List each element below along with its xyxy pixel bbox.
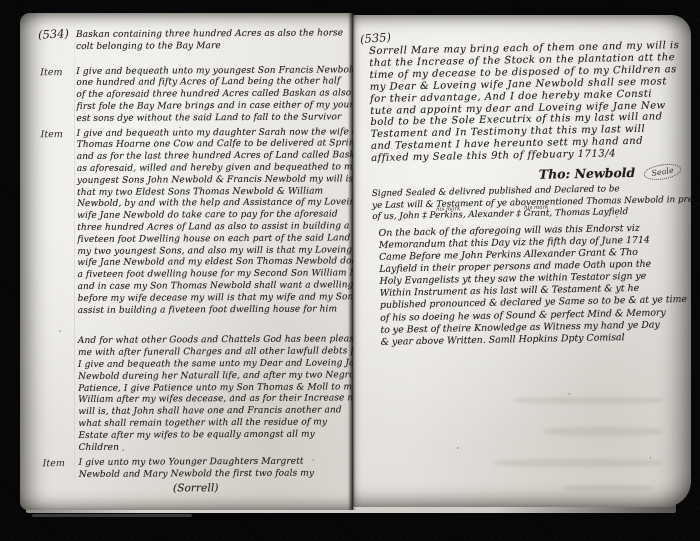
left-page-text: Baskan containing three hundred Acres as… (76, 28, 353, 495)
attestation-block: Signed Sealed & delivred published and D… (372, 183, 691, 224)
text-block: And for what other Goods and Chattels Go… (78, 335, 353, 455)
text-line: Newbold and Mary Newbold the first two f… (79, 468, 353, 482)
text-line: Children (79, 441, 353, 455)
will-body: Sorrell Mare may bring each of them one … (369, 40, 691, 165)
block-lines: I give and bequeath unto my youngest Son… (76, 65, 353, 126)
block-lines: I give unto my two Younger Daughters Mar… (79, 456, 353, 481)
ink-bleed-through (493, 459, 663, 467)
ink-bleed-through (563, 485, 653, 491)
page-number-left: (534) (38, 26, 70, 42)
his-mark-note: his mark (524, 204, 548, 210)
text-line: Baskan containing three hundred Acres as… (76, 28, 353, 42)
text-line: Newbold dureing her Naturall life, and a… (78, 370, 353, 384)
page-number-right: (535) (360, 30, 392, 46)
margin-item-label: Item (40, 67, 62, 78)
text-line: before my wife decease my will is that m… (78, 292, 353, 306)
testator-signature: Tho: Newbold (539, 165, 636, 182)
under-page-edge (32, 514, 192, 517)
text-line: assist in building a fiveteen foot dwell… (78, 304, 353, 318)
text-block: Item I give unto my two Younger Daughter… (79, 456, 353, 495)
ink-bleed-through (543, 427, 663, 436)
block-lines: I give and bequeath unto my daughter Sar… (77, 127, 353, 318)
sorrell-line: (Sorrell) (79, 482, 353, 496)
manuscript-page-right: (535) Sorrell Mare may bring each of the… (353, 15, 691, 507)
text-line: fiveteen foot Dwelling house on each par… (77, 233, 353, 247)
his-mark-note: his mark (436, 206, 460, 212)
wax-seal: Seale (642, 162, 682, 183)
text-block: Item I give and bequeath unto my daughte… (77, 127, 353, 318)
text-line: est sons dye without the said Land to fa… (77, 112, 353, 126)
text-block: Item I give and bequeath unto my younges… (76, 65, 353, 126)
book-gutter (348, 13, 356, 510)
page-crease (74, 13, 75, 510)
margin-item-label: Item (43, 458, 65, 469)
ink-bleed-through (513, 397, 663, 404)
manuscript-scan: (534) Baskan containing three hundred Ac… (0, 0, 700, 541)
text-line: Estate after my wifes to be equally amon… (78, 429, 353, 443)
right-page-text: Sorrell Mare may bring each of them one … (369, 40, 691, 349)
text-line: youngest Sons John Newbold & Francis New… (77, 174, 353, 188)
probate-block: On the back of the aforegoing will was t… (378, 222, 691, 349)
block-lines: And for what other Goods and Chattels Go… (78, 335, 353, 455)
text-line: colt belonging to the Bay Mare (76, 40, 353, 54)
block-lines: Baskan containing three hundred Acres as… (76, 28, 353, 53)
text-block: Baskan containing three hundred Acres as… (76, 28, 353, 53)
manuscript-page-left: (534) Baskan containing three hundred Ac… (20, 13, 353, 510)
attestation-lines: Signed Sealed & delivred published and D… (372, 183, 691, 224)
margin-item-label: Item (41, 129, 63, 140)
